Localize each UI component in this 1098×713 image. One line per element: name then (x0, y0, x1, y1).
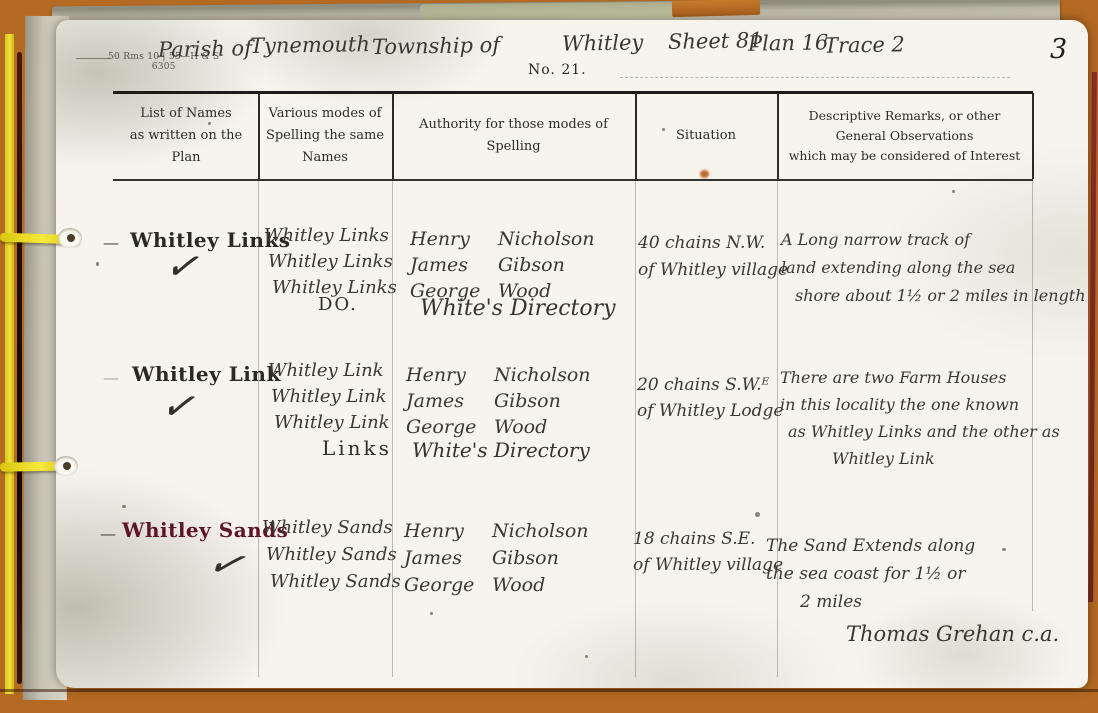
spelling-variants: Whitley Links Whitley Links Whitley Link… (264, 223, 397, 301)
spelling-variants: Whitley Link Whitley Link Whitley Link (268, 358, 390, 436)
table-column-line (1032, 93, 1034, 179)
remarks-text: The Sand Extends along the sea coast for… (766, 532, 975, 616)
authority-names: HenryNicholson JamesGibson GeorgeWood (406, 362, 591, 440)
page-edge-strip (5, 34, 14, 694)
ink-speck (952, 190, 955, 193)
header-trace: Trace 2 (824, 32, 905, 57)
page-stack-edge-tint (420, 2, 680, 21)
header-township-value: Whitley (562, 30, 644, 55)
situation-text: 18 chains S.E. of Whitley village (633, 526, 783, 578)
table-column-line-body (635, 181, 636, 677)
wood-desk (672, 0, 760, 17)
table-header-rule (113, 179, 1033, 181)
authority-names: HenryNicholson JamesGibson GeorgeWood (410, 226, 595, 304)
header-plan: Plan 16 (748, 30, 829, 55)
ink-speck (1002, 548, 1006, 551)
ink-speck (96, 262, 99, 266)
header-township-label: Township of (372, 33, 500, 59)
form-number: No. 21. (528, 62, 587, 78)
entry-dash: — (103, 233, 119, 252)
entry-dash: — (100, 524, 116, 543)
ink-speck (430, 612, 433, 615)
entry-dash: — (103, 368, 119, 387)
table-column-line (258, 93, 260, 179)
ink-speck (755, 512, 760, 517)
spelling-note: DO. (318, 294, 358, 315)
authority-names: HenryNicholson JamesGibson GeorgeWood (404, 518, 589, 599)
column-header-names: List of Names as written on the Plan (118, 94, 254, 178)
desk-seam (0, 689, 1098, 692)
scanned-document-scene: 50 Rms 10 | 55—H & S 6305 Parish of Tyne… (0, 0, 1098, 713)
stamp-dash (76, 58, 110, 59)
table-column-line (777, 93, 779, 179)
table-column-line (392, 93, 394, 179)
authority-note: White's Directory (412, 438, 590, 462)
situation-text: 20 chains S.W.ᴱ of Whitley Lodge (637, 372, 783, 424)
column-header-spelling-modes: Various modes of Spelling the same Names (262, 94, 388, 178)
authority-note: White's Directory (420, 296, 616, 321)
spelling-note: Links (322, 436, 392, 460)
signature: Thomas Grehan c.a. (846, 622, 1059, 646)
book-cover-edge (1088, 72, 1097, 602)
table-column-line (635, 93, 637, 179)
ink-speck (585, 655, 588, 658)
remarks-text: A Long narrow track of land extending al… (781, 226, 1086, 310)
place-name: Whitley Link (132, 362, 281, 386)
gutter-shadow (17, 52, 22, 684)
column-header-authority: Authority for those modes of Spelling (396, 94, 631, 178)
punch-hole (54, 456, 78, 476)
punch-hole (58, 228, 82, 248)
column-header-situation: Situation (639, 94, 773, 178)
table-column-line-body (258, 181, 259, 677)
header-parish-value: Tynemouth (250, 32, 370, 58)
form-dotted-line (620, 77, 1010, 78)
ink-speck (122, 505, 126, 508)
remarks-text: There are two Farm Houses in this locali… (780, 364, 1060, 472)
printer-stamp-line2: 6305 (108, 62, 220, 72)
header-parish-label: Parish of (158, 36, 252, 62)
column-header-remarks: Descriptive Remarks, or other General Ob… (781, 94, 1028, 178)
spelling-variants: Whitley Sands Whitley Sands Whitley Sand… (262, 514, 401, 595)
page-number: 3 (1050, 34, 1067, 65)
situation-text: 40 chains N.W. of Whitley village (638, 230, 788, 284)
